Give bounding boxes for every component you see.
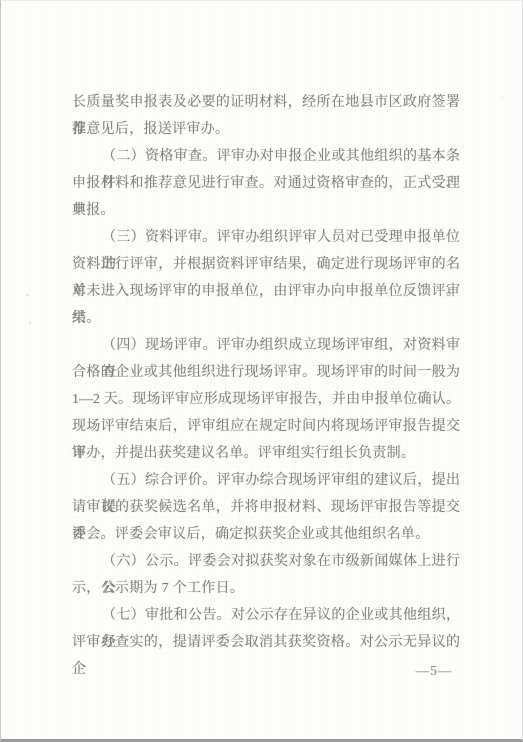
document-body: 长质量奖申报表及必要的证明材料，经所在地县市区政府签署推荐意见后，报送评审办。（… — [72, 89, 460, 656]
document-line: （七）审批和公告。对公示存在异议的企业或其他组织，经 — [72, 602, 460, 629]
document-line: 荐意见后，报送评审办。 — [72, 116, 460, 143]
scan-speck — [501, 97, 503, 99]
document-line: 审办，并提出获奖建议名单。评审组实行组长负责制。 — [72, 440, 460, 467]
document-line: （五）综合评价。评审办综合现场评审组的建议后，提出提 — [72, 467, 460, 494]
scan-speck — [29, 322, 31, 324]
document-line: 对未进入现场评审的申报单位，由评审办向申报单位反馈评审结 — [72, 278, 460, 305]
document-line: 申报。 — [72, 197, 460, 224]
document-line: 评审办查实的，提请评委会取消其获奖资格。对公示无异议的企 — [72, 629, 460, 656]
document-line: （二）资格审查。评审办对申报企业或其他组织的基本条件、 — [72, 143, 460, 170]
document-line: 1—2 天。现场评审应形成现场评审报告，并由申报单位确认。 — [72, 386, 460, 413]
document-line: （六）公示。评委会对拟获奖对象在市级新闻媒体上进行公 — [72, 548, 460, 575]
document-line: 合格的企业或其他组织进行现场评审。现场评审的时间一般为 — [72, 359, 460, 386]
scan-speck — [26, 294, 29, 296]
document-line: 果。 — [72, 305, 460, 332]
document-line: 请审议的获奖候选名单，并将申报材料、现场评审报告等提交评 — [72, 494, 460, 521]
document-line: （三）资料评审。评审办组织评审人员对已受理申报单位的 — [72, 224, 460, 251]
page-number: —5— — [389, 664, 479, 678]
document-line: 委会。评委会审议后，确定拟获奖企业或其他组织名单。 — [72, 521, 460, 548]
document-line: 现场评审结束后，评审组应在规定时间内将现场评审报告提交评 — [72, 413, 460, 440]
document-line: 示，公示期为 7 个工作日。 — [72, 575, 460, 602]
document-line: 资料进行评审，并根据资料评审结果，确定进行现场评审的名单。 — [72, 251, 460, 278]
document-line: （四）现场评审。评审办组织成立现场评审组，对资料审查 — [72, 332, 460, 359]
document-line: 长质量奖申报表及必要的证明材料，经所在地县市区政府签署推 — [72, 89, 460, 116]
document-line: 申报材料和推荐意见进行审查。对通过资格审查的，正式受理其 — [72, 170, 460, 197]
scanned-document-page: 长质量奖申报表及必要的证明材料，经所在地县市区政府签署推荐意见后，报送评审办。（… — [0, 0, 523, 742]
